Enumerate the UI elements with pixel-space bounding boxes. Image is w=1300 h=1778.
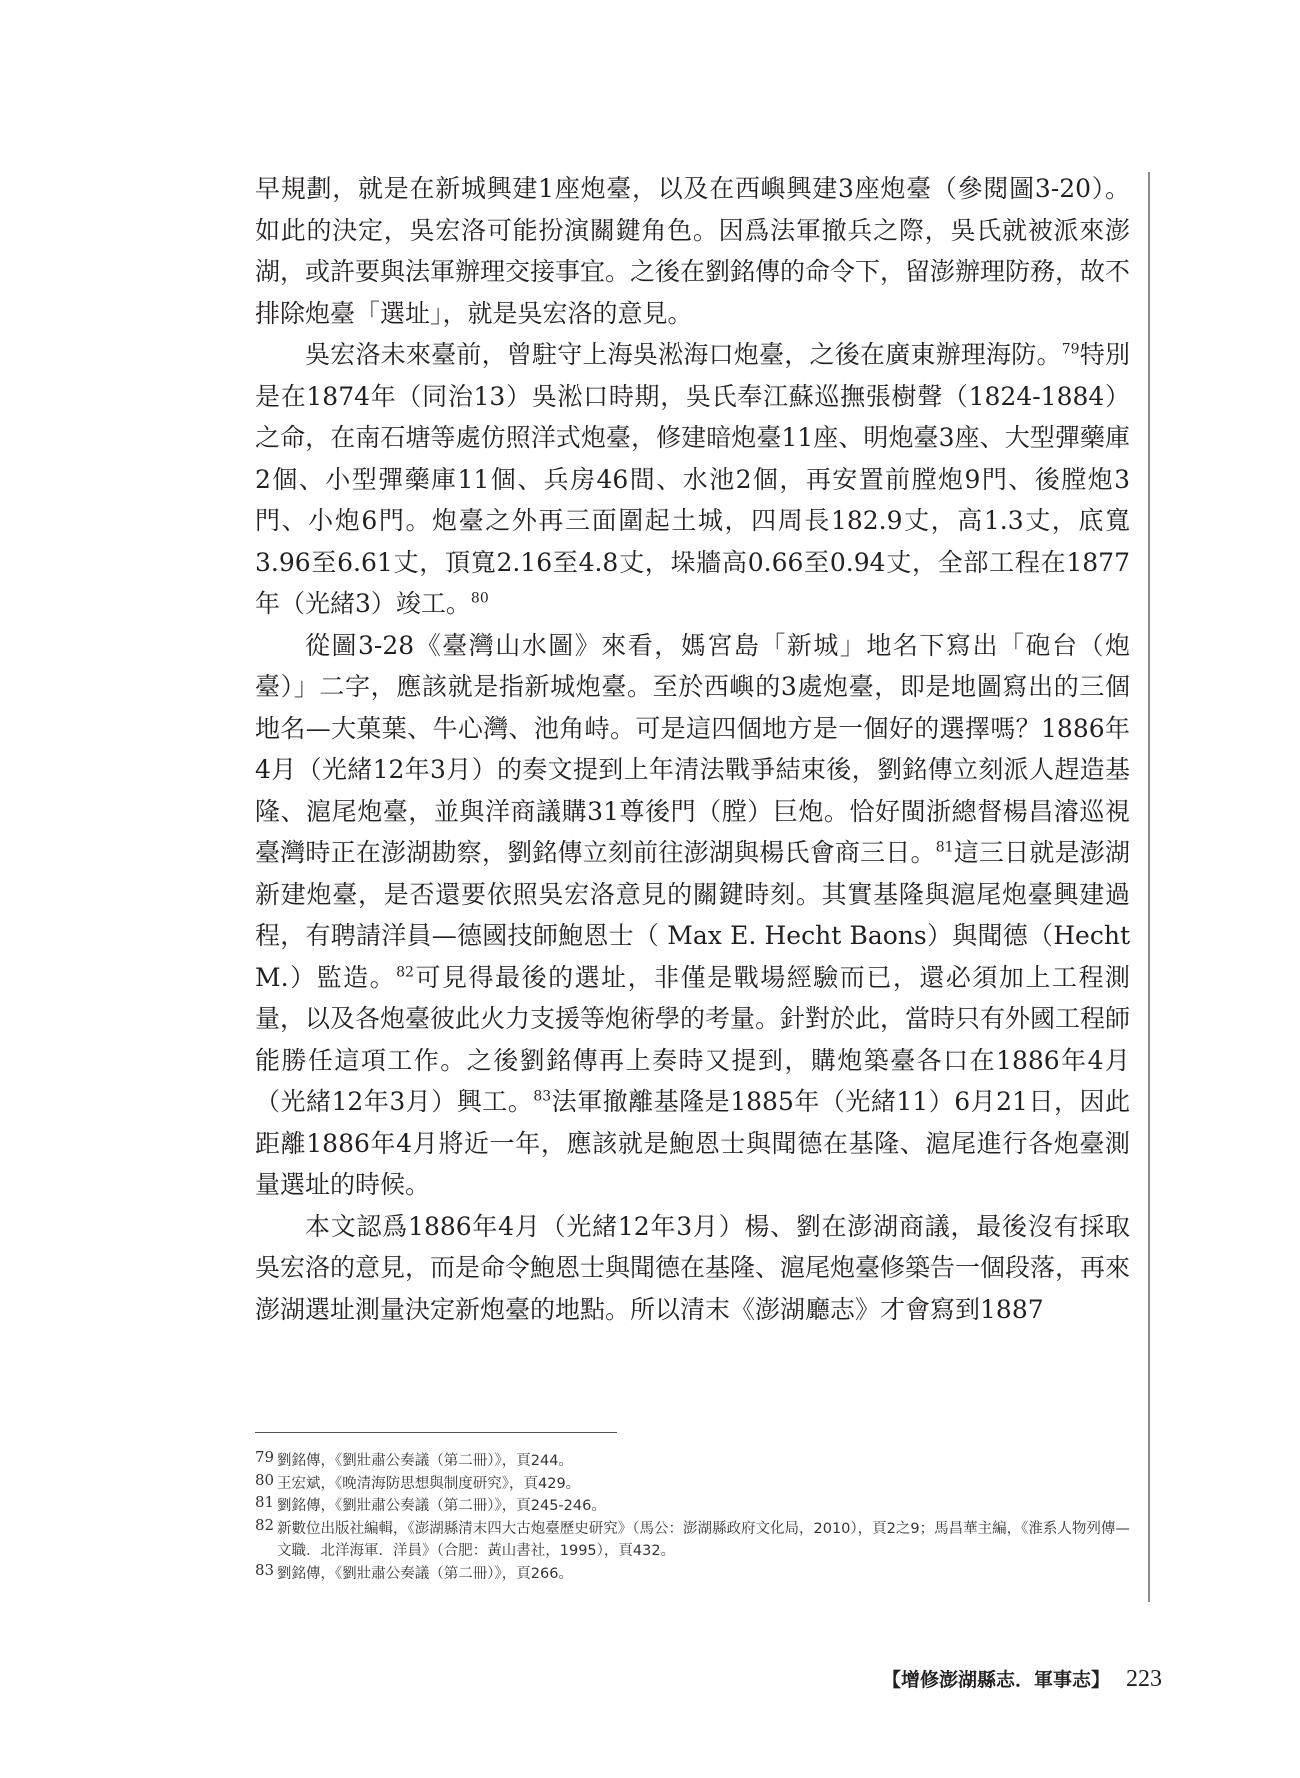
footnote-ref-79: 79 [1062, 342, 1080, 358]
body-text: 早規劃，就是在新城興建1座炮臺，以及在西嶼興建3座炮臺（參閱圖3-20）。如此的… [255, 168, 1130, 1330]
footnote-ref-80: 80 [471, 591, 489, 607]
footnote-text: 劉銘傳，《劉壯肅公奏議（第二冊）》，頁245-246。 [277, 1498, 606, 1514]
paragraph: 從圖3-28《臺灣山水圖》來看，媽宮島「新城」地名下寫出「砲台（炮臺）」二字，應… [255, 625, 1130, 1206]
paragraph: 本文認爲1886年4月（光緒12年3月）楊、劉在澎湖商議，最後沒有採取吳宏洛的意… [255, 1206, 1130, 1331]
margin-vertical-rule [1148, 172, 1150, 1602]
footnote-item: 79 劉銘傳，《劉壯肅公奏議（第二冊）》，頁244。 [255, 1450, 1135, 1473]
footnote-number: 81 [255, 1491, 274, 1514]
footnote-number: 79 [255, 1446, 274, 1469]
page-number: 223 [1126, 1666, 1162, 1692]
footnote-number: 82 [255, 1514, 274, 1537]
running-title: 【增修澎湖縣志．軍事志】 [882, 1669, 1110, 1691]
paragraph-text: 從圖3-28《臺灣山水圖》來看，媽宮島「新城」地名下寫出「砲台（炮臺）」二字，應… [255, 631, 1130, 868]
footnote-ref-83: 83 [533, 1089, 551, 1105]
paragraph-text: 吳宏洛未來臺前，曾駐守上海吳淞海口炮臺，之後在廣東辦理海防。 [305, 340, 1062, 369]
footnote-separator [255, 1432, 617, 1433]
footnote-text: 新數位出版社編輯，《澎湖縣清末四大古炮臺歷史研究》（馬公：澎湖縣政府文化局，20… [277, 1521, 1130, 1560]
footnote-number: 83 [255, 1559, 274, 1582]
footnote-text: 王宏斌，《晚清海防思想與制度研究》，頁429。 [277, 1476, 580, 1492]
paragraph-text: 本文認爲1886年4月（光緒12年3月）楊、劉在澎湖商議，最後沒有採取吳宏洛的意… [255, 1212, 1130, 1324]
paragraph: 早規劃，就是在新城興建1座炮臺，以及在西嶼興建3座炮臺（參閱圖3-20）。如此的… [255, 168, 1130, 334]
footnote-item: 81 劉銘傳，《劉壯肅公奏議（第二冊）》，頁245-246。 [255, 1495, 1135, 1518]
footnote-ref-81: 81 [936, 840, 954, 856]
page-footer: 【增修澎湖縣志．軍事志】 223 [882, 1665, 1162, 1693]
footnote-item: 80 王宏斌，《晚清海防思想與制度研究》，頁429。 [255, 1473, 1135, 1496]
footnote-text: 劉銘傳，《劉壯肅公奏議（第二冊）》，頁266。 [277, 1566, 573, 1582]
footnote-ref-82: 82 [396, 964, 414, 980]
paragraph-text: 特別是在1874年（同治13）吳淞口時期，吳氏奉江蘇巡撫張樹聲（1824-188… [255, 340, 1130, 618]
paragraph-text: 早規劃，就是在新城興建1座炮臺，以及在西嶼興建3座炮臺（參閱圖3-20）。如此的… [255, 174, 1130, 328]
footnotes: 79 劉銘傳，《劉壯肅公奏議（第二冊）》，頁244。 80 王宏斌，《晚清海防思… [255, 1450, 1135, 1585]
footnote-item: 82 新數位出版社編輯，《澎湖縣清末四大古炮臺歷史研究》（馬公：澎湖縣政府文化局… [255, 1518, 1135, 1563]
footnote-item: 83 劉銘傳，《劉壯肅公奏議（第二冊）》，頁266。 [255, 1563, 1135, 1586]
footnote-text: 劉銘傳，《劉壯肅公奏議（第二冊）》，頁244。 [277, 1453, 573, 1469]
paragraph: 吳宏洛未來臺前，曾駐守上海吳淞海口炮臺，之後在廣東辦理海防。79特別是在1874… [255, 334, 1130, 625]
footnote-number: 80 [255, 1469, 274, 1492]
document-page: 早規劃，就是在新城興建1座炮臺，以及在西嶼興建3座炮臺（參閱圖3-20）。如此的… [0, 0, 1300, 1778]
